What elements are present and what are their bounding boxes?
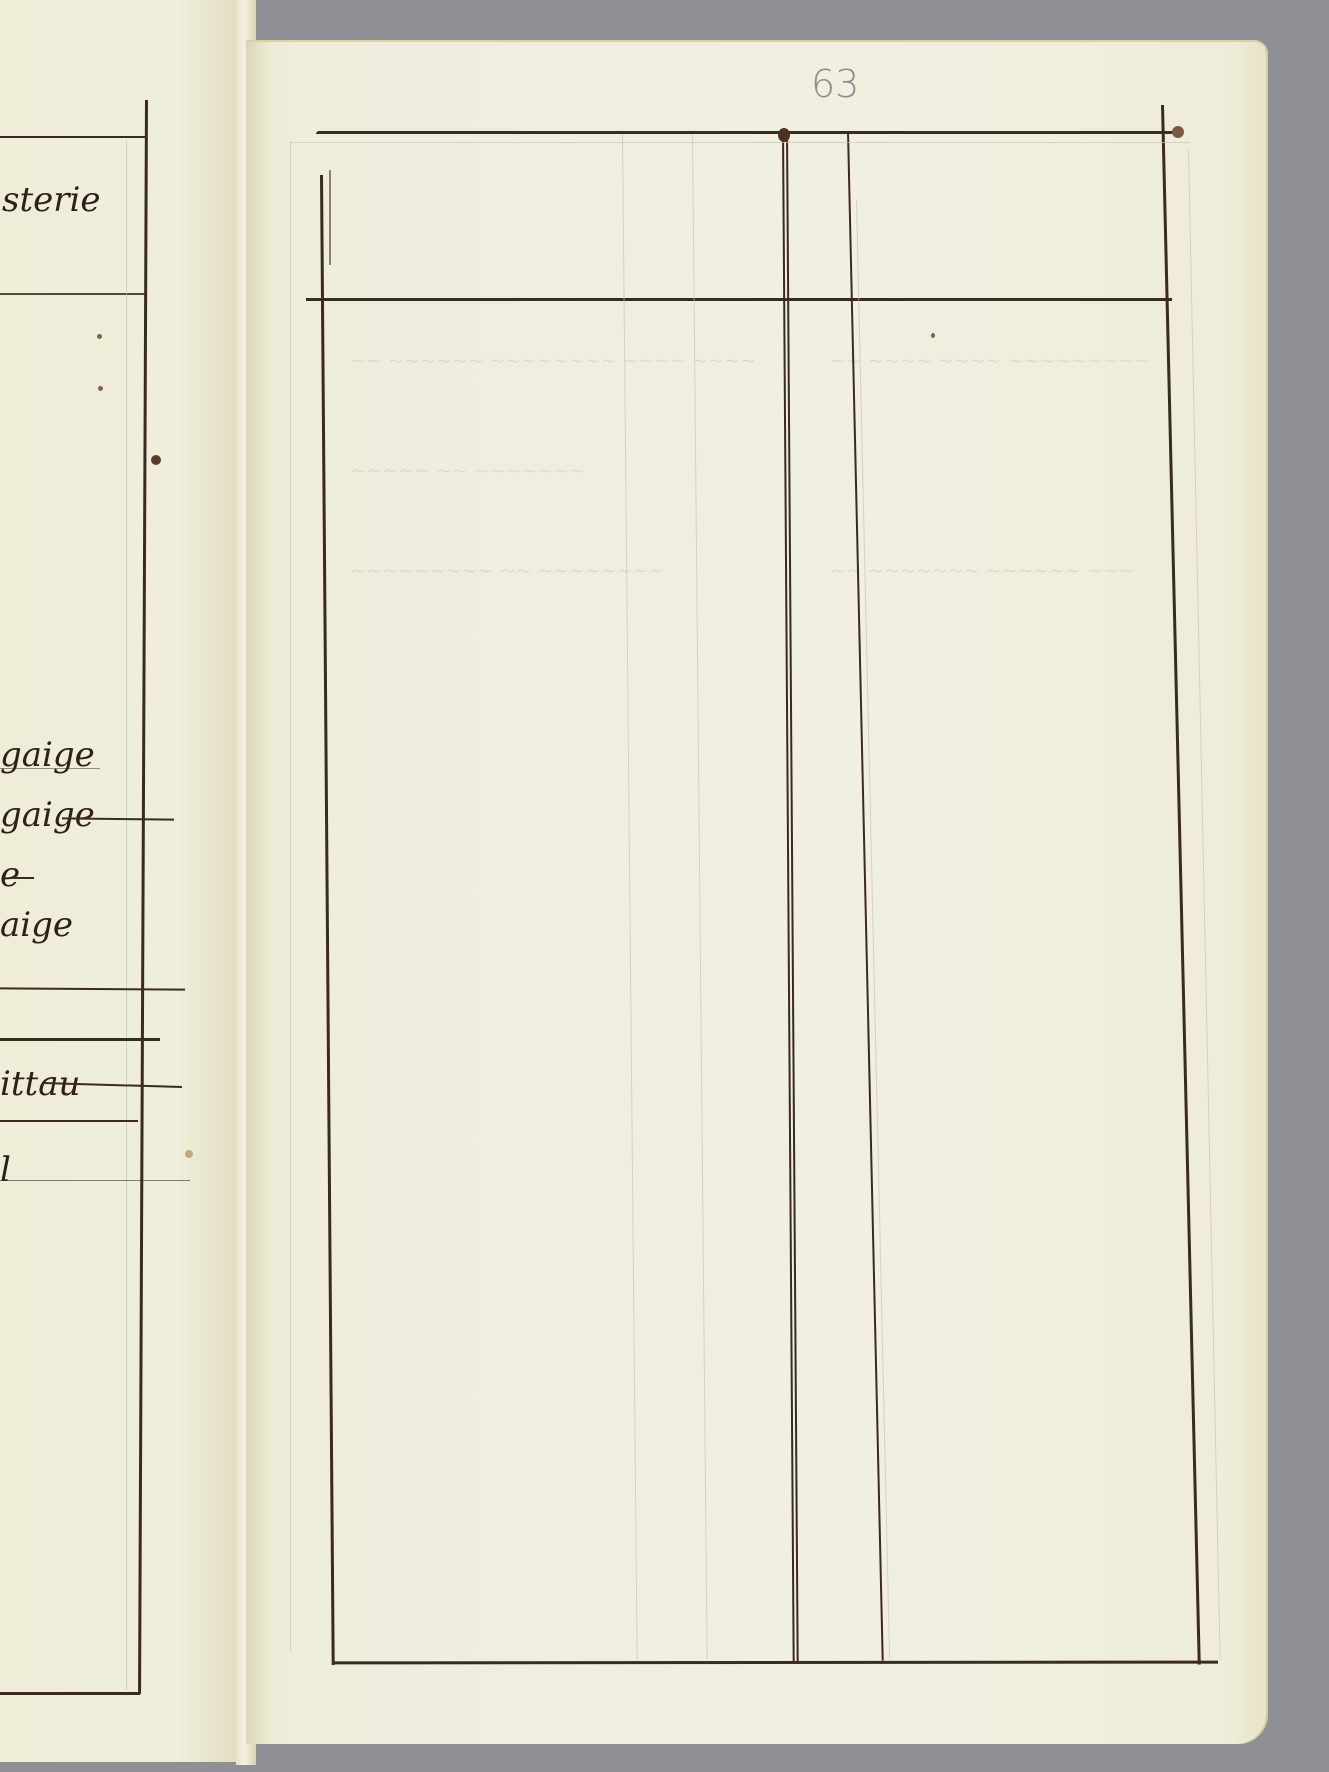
left-page-header-rule [0, 136, 146, 138]
left-page-bottom-rule [0, 1692, 140, 1695]
right-page [246, 40, 1268, 1744]
left-rule-b [0, 1038, 160, 1041]
bleed-through-text: ~~~~~~~~~ ~~ ~~~~~~~~ [350, 560, 665, 582]
folio-number: 63 [811, 62, 859, 106]
left-page-header-bottom-rule [0, 293, 146, 295]
left-rule-d [0, 1180, 190, 1181]
table-header-rule [306, 298, 1172, 301]
left-underline-3 [10, 877, 34, 879]
left-fragment-4: aige [0, 905, 73, 945]
bleed-through-text: ~~ ~~~~ ~~~~ ~~~~~~~~~ [830, 350, 1151, 372]
left-fragment-6: l [0, 1150, 11, 1190]
ink-dot [931, 333, 935, 338]
left-underline-1 [0, 768, 100, 769]
pencil-frame-guide [290, 142, 1190, 143]
ink-blot [778, 128, 790, 142]
left-page-pencil-column [126, 140, 127, 1690]
left-fragment-0: sterie [2, 180, 100, 220]
left-fragment-2: gaige [0, 795, 95, 835]
ink-dot [185, 1150, 193, 1158]
left-fragment-3: e [0, 855, 20, 895]
ink-dot [98, 386, 103, 391]
ink-dot [151, 455, 161, 465]
bleed-through-text: ~~ ~~~~~~~ ~~~~~~ ~~~ [830, 560, 1135, 582]
ink-blot [1172, 126, 1184, 138]
bleed-through-text: ~~ ~~~~~~ ~~~~~~~~ ~~~~ ~~~~ [350, 350, 756, 372]
bleed-through-text: ~~~~~ ~~ ~~~~~~~ [350, 460, 585, 482]
table-top-rule [316, 131, 1172, 134]
left-rule-c [0, 1120, 138, 1122]
ink-dot [97, 334, 102, 339]
left-fragment-1: gaige [0, 735, 95, 775]
pencil-frame-guide [290, 142, 291, 1652]
table-left-dashed-rule [329, 170, 331, 265]
